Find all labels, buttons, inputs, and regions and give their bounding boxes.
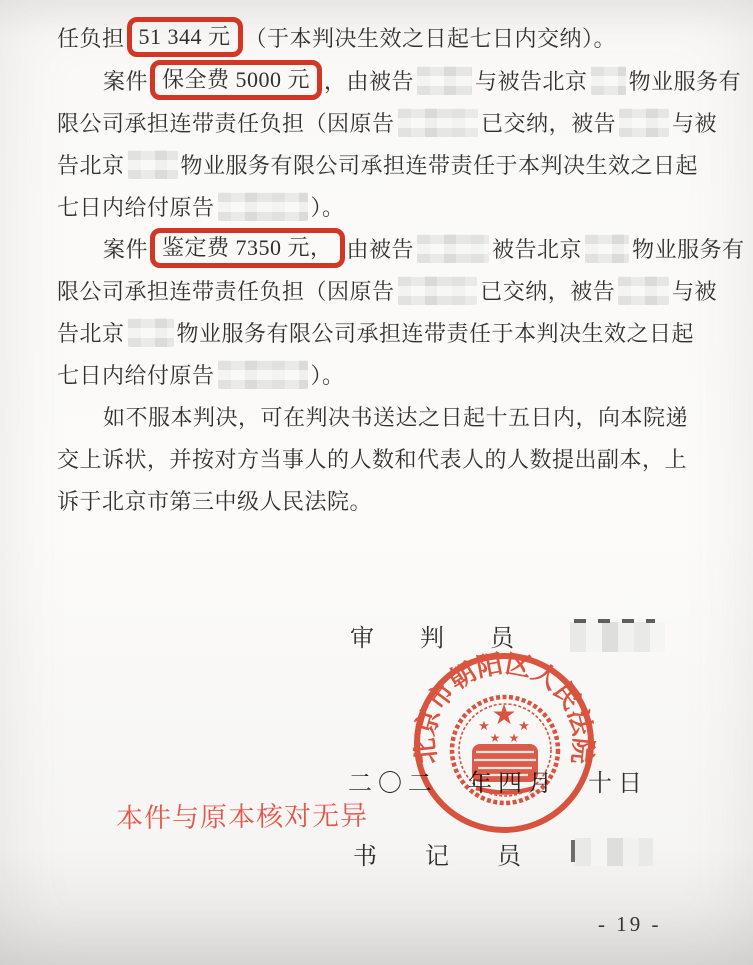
text-run: 告北京	[57, 317, 125, 348]
redaction-blur	[417, 66, 472, 95]
text-run: 被告北京	[492, 233, 582, 264]
emblem-star: ★	[491, 700, 516, 731]
date-char: 日	[618, 763, 642, 798]
date-char: 二	[348, 763, 372, 798]
text-run: 物业服务有	[632, 233, 745, 264]
text-run: 与被	[672, 275, 717, 306]
body-line: 如不服本判决，可在判决书送达之日起十五日内，向本院递	[57, 399, 753, 433]
text-run: 限公司承担连带责任负担（因原告	[57, 275, 395, 306]
clerk-title-char: 记	[425, 836, 449, 871]
judge-title-char: 审	[350, 618, 374, 653]
body-line: 案件鉴定费 7350 元，由被告被告北京物业服务有	[57, 231, 753, 265]
text-run: ）。	[311, 191, 345, 222]
page-number: - 19 -	[598, 912, 662, 937]
redaction-blur	[398, 276, 478, 305]
clerk-title-char: 员	[497, 836, 521, 871]
text-run: 与被告北京	[475, 65, 588, 96]
text-run: 诉于北京市第三中级人民法院。	[57, 485, 372, 516]
text-run: 物业服务有限公司承担连带责任于本判决生效之日起	[177, 317, 695, 348]
text-run: 如不服本判决，可在判决书送达之日起十五日内，向本院递	[103, 401, 688, 432]
court-seal: 北京市朝阳区人民法院 ★ ★ ★ ★ ★	[408, 646, 600, 838]
emblem-star: ★	[478, 718, 490, 733]
emblem-star: ★	[518, 718, 530, 733]
text-run: 任负担	[57, 22, 125, 53]
clerk-name-blur	[575, 838, 653, 866]
clerk-title-char: 书	[353, 836, 377, 871]
body-line: 限公司承担连带责任负担（因原告已交纳，被告与被	[57, 273, 717, 307]
body-line: 限公司承担连带责任负担（因原告已交纳，被告与被	[57, 105, 717, 139]
body-line: 任负担51 344 元（于本判决生效之日起七日内交纳）。	[57, 20, 717, 54]
redaction-blur	[417, 234, 489, 263]
body-line: 告北京物业服务有限公司承担连带责任于本判决生效之日起	[57, 315, 717, 349]
text-run: 由被告	[347, 233, 415, 264]
date-char: 〇	[378, 763, 402, 798]
text-run: 限公司承担连带责任负担（因原告	[57, 107, 395, 138]
text-run: 案件	[103, 65, 148, 96]
emblem-star: ★	[490, 731, 501, 745]
redaction-blur	[619, 108, 669, 137]
redaction-blur	[218, 360, 308, 389]
text-run: ）。	[311, 359, 345, 390]
amount-highlight-box: 鉴定费 7350 元，	[150, 228, 345, 268]
redaction-blur	[585, 234, 629, 263]
verification-stamp-text: 本件与原本核对无异	[116, 794, 368, 836]
redaction-blur	[218, 192, 308, 221]
redaction-blur	[618, 276, 669, 305]
body-line: 七日内给付原告）。	[57, 189, 717, 223]
clerk-title-row: 书记员	[353, 836, 521, 871]
amount-highlight-box: 51 344 元	[127, 17, 243, 57]
text-run: ，由被告	[324, 65, 414, 96]
amount-highlight-box: 保全费 5000 元	[150, 60, 322, 100]
judgment-page: 任负担51 344 元（于本判决生效之日起七日内交纳）。案件保全费 5000 元…	[0, 0, 753, 965]
body-line: 告北京物业服务有限公司承担连带责任于本判决生效之日起	[57, 147, 717, 181]
body-line: 七日内给付原告）。	[57, 357, 717, 391]
text-run: 告北京	[57, 149, 125, 180]
redaction-blur	[128, 150, 178, 179]
text-run: 案件	[103, 233, 148, 264]
text-run: （于本判决生效之日起七日内交纳）。	[245, 22, 617, 53]
emblem-gate	[472, 744, 538, 793]
redaction-blur	[591, 66, 626, 95]
body-line: 交上诉状，并按对方当事人的人数和代表人的人数提出副本，上	[57, 441, 717, 475]
body-line: 案件保全费 5000 元，由被告与被告北京物业服务有	[57, 63, 753, 97]
text-run: 已交纳，被告	[480, 275, 615, 306]
text-run: 与被	[672, 107, 717, 138]
emblem-star: ★	[509, 731, 520, 745]
text-run: 已交纳，被告	[481, 107, 616, 138]
redaction-blur	[128, 318, 174, 347]
text-run: 七日内给付原告	[57, 191, 215, 222]
text-run: 交上诉状，并按对方当事人的人数和代表人的人数提出副本，上	[57, 443, 687, 474]
body-line: 诉于北京市第三中级人民法院。	[57, 483, 717, 517]
text-run: 七日内给付原告	[57, 359, 215, 390]
text-run: 物业服务有限公司承担连带责任于本判决生效之日起	[181, 149, 699, 180]
text-run: 物业服务有	[629, 65, 742, 96]
redaction-blur	[398, 108, 479, 137]
